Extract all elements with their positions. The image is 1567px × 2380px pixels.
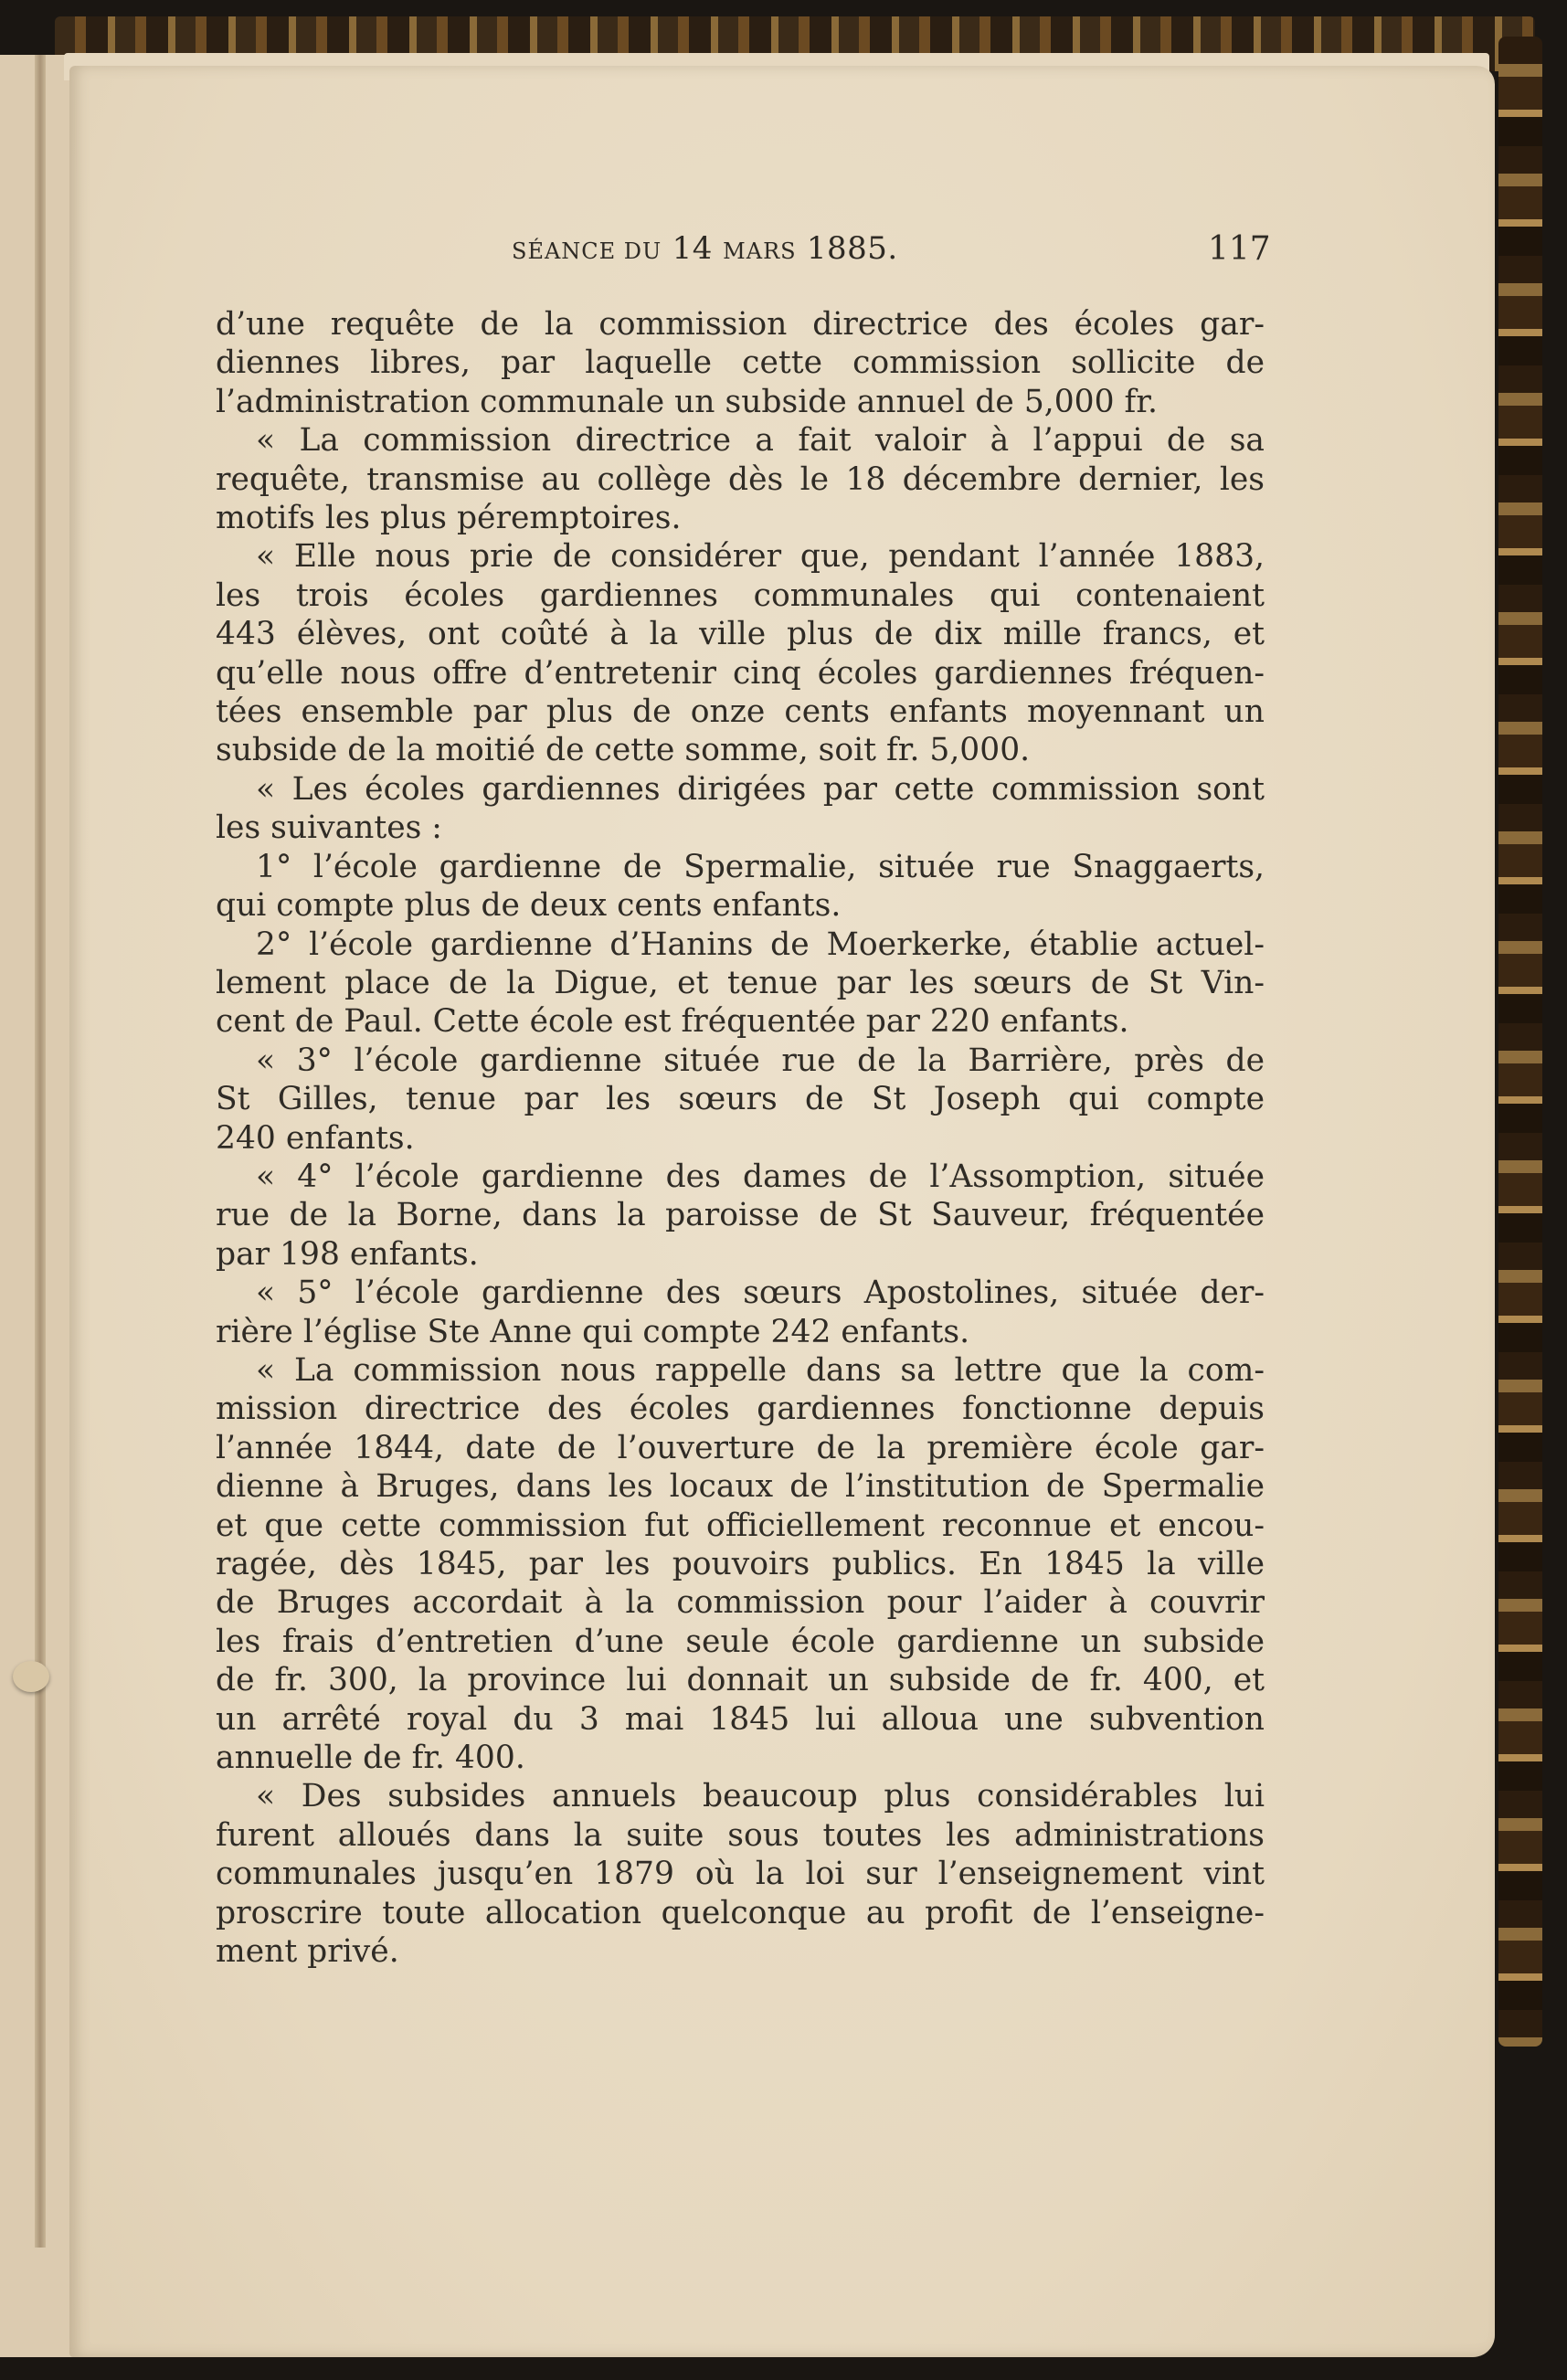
text-line: proscrire toute allocation quelconque au… xyxy=(216,1894,1265,1932)
text-line: « 4° l’école gardienne des dames de l’As… xyxy=(216,1158,1265,1196)
text-line: tées ensemble par plus de onze cents enf… xyxy=(216,693,1265,731)
text-line: communales jusqu’en 1879 où la loi sur l… xyxy=(216,1855,1265,1893)
text-line: mission directrice des écoles gardiennes… xyxy=(216,1390,1265,1428)
text-line: l’année 1844, date de l’ouverture de la … xyxy=(216,1429,1265,1467)
binding-stitch xyxy=(13,1661,49,1692)
paragraph: « 4° l’école gardienne des dames de l’As… xyxy=(216,1158,1265,1274)
running-head-month: MARS xyxy=(723,238,796,264)
text-line: diennes libres, par laquelle cette commi… xyxy=(216,344,1265,382)
paragraph: « Elle nous prie de considérer que, pend… xyxy=(216,537,1265,769)
running-head-day: 14 xyxy=(662,230,723,267)
text-line: un arrêté royal du 3 mai 1845 lui alloua… xyxy=(216,1700,1265,1739)
text-line: « Les écoles gardiennes dirigées par cet… xyxy=(216,770,1265,809)
paragraph: d’une requête de la commission directric… xyxy=(216,305,1265,421)
text-line: rue de la Borne, dans la paroisse de St … xyxy=(216,1196,1265,1234)
text-line: qu’elle nous offre d’entretenir cinq éco… xyxy=(216,654,1265,693)
text-line: et que cette commission fut officielleme… xyxy=(216,1507,1265,1545)
text-line: qui compte plus de deux cents enfants. xyxy=(216,886,1265,925)
text-line: St Gilles, tenue par les sœurs de St Jos… xyxy=(216,1080,1265,1118)
text-line: 443 élèves, ont coûté à la ville plus de… xyxy=(216,615,1265,653)
page-number: 117 xyxy=(1208,230,1271,268)
text-line: « Elle nous prie de considérer que, pend… xyxy=(216,537,1265,576)
text-line: ment privé. xyxy=(216,1932,1265,1971)
text-line: requête, transmise au collège dès le 18 … xyxy=(216,460,1265,499)
text-line: « 5° l’école gardienne des sœurs Apostol… xyxy=(216,1274,1265,1312)
text-line: « Des subsides annuels beaucoup plus con… xyxy=(216,1777,1265,1815)
paragraph: « Les écoles gardiennes dirigées par cet… xyxy=(216,770,1265,848)
text-line: rière l’église Ste Anne qui compte 242 e… xyxy=(216,1313,1265,1351)
text-line: de Bruges accordait à la commission pour… xyxy=(216,1583,1265,1622)
text-line: lement place de la Digue, et tenue par l… xyxy=(216,964,1265,1002)
text-line: d’une requête de la commission directric… xyxy=(216,305,1265,344)
text-line: les trois écoles gardiennes communales q… xyxy=(216,576,1265,615)
paragraph: « 5° l’école gardienne des sœurs Apostol… xyxy=(216,1274,1265,1351)
text-line: cent de Paul. Cette école est fréquentée… xyxy=(216,1002,1265,1041)
paragraph: « La commission nous rappelle dans sa le… xyxy=(216,1351,1265,1777)
paragraph: « Des subsides annuels beaucoup plus con… xyxy=(216,1777,1265,1971)
paragraph: « 3° l’école gardienne située rue de la … xyxy=(216,1042,1265,1158)
text-line: 240 enfants. xyxy=(216,1119,1265,1158)
text-line: annuelle de fr. 400. xyxy=(216,1739,1265,1777)
text-line: par 198 enfants. xyxy=(216,1235,1265,1274)
body-text: d’une requête de la commission directric… xyxy=(216,305,1265,1971)
paragraph: 2° l’école gardienne d’Hanins de Moerker… xyxy=(216,926,1265,1042)
text-line: dienne à Bruges, dans les locaux de l’in… xyxy=(216,1467,1265,1506)
text-line: « La commission nous rappelle dans sa le… xyxy=(216,1351,1265,1390)
running-head-prefix: SÉANCE DU xyxy=(512,238,662,264)
running-head-year: 1885. xyxy=(797,230,898,267)
text-line: 2° l’école gardienne d’Hanins de Moerker… xyxy=(216,926,1265,964)
text-line: 1° l’école gardienne de Spermalie, situé… xyxy=(216,848,1265,886)
book-cover-marbled-edge xyxy=(1498,37,1542,2047)
running-head: SÉANCE DU 14 MARS 1885. xyxy=(512,230,898,267)
paragraph: « La commission directrice a fait valoir… xyxy=(216,421,1265,537)
text-line: « La commission directrice a fait valoir… xyxy=(216,421,1265,460)
text-line: « 3° l’école gardienne située rue de la … xyxy=(216,1042,1265,1080)
text-line: motifs les plus péremptoires. xyxy=(216,499,1265,537)
paragraph: 1° l’école gardienne de Spermalie, situé… xyxy=(216,848,1265,926)
text-line: l’administration communale un subside an… xyxy=(216,383,1265,421)
text-line: les suivantes : xyxy=(216,809,1265,847)
text-line: de fr. 300, la province lui donnait un s… xyxy=(216,1661,1265,1699)
text-line: ragée, dès 1845, par les pouvoirs public… xyxy=(216,1545,1265,1583)
book-gutter xyxy=(35,55,46,2248)
text-line: furent alloués dans la suite sous toutes… xyxy=(216,1816,1265,1855)
text-line: les frais d’entretien d’une seule école … xyxy=(216,1623,1265,1661)
text-line: subside de la moitié de cette somme, soi… xyxy=(216,731,1265,769)
